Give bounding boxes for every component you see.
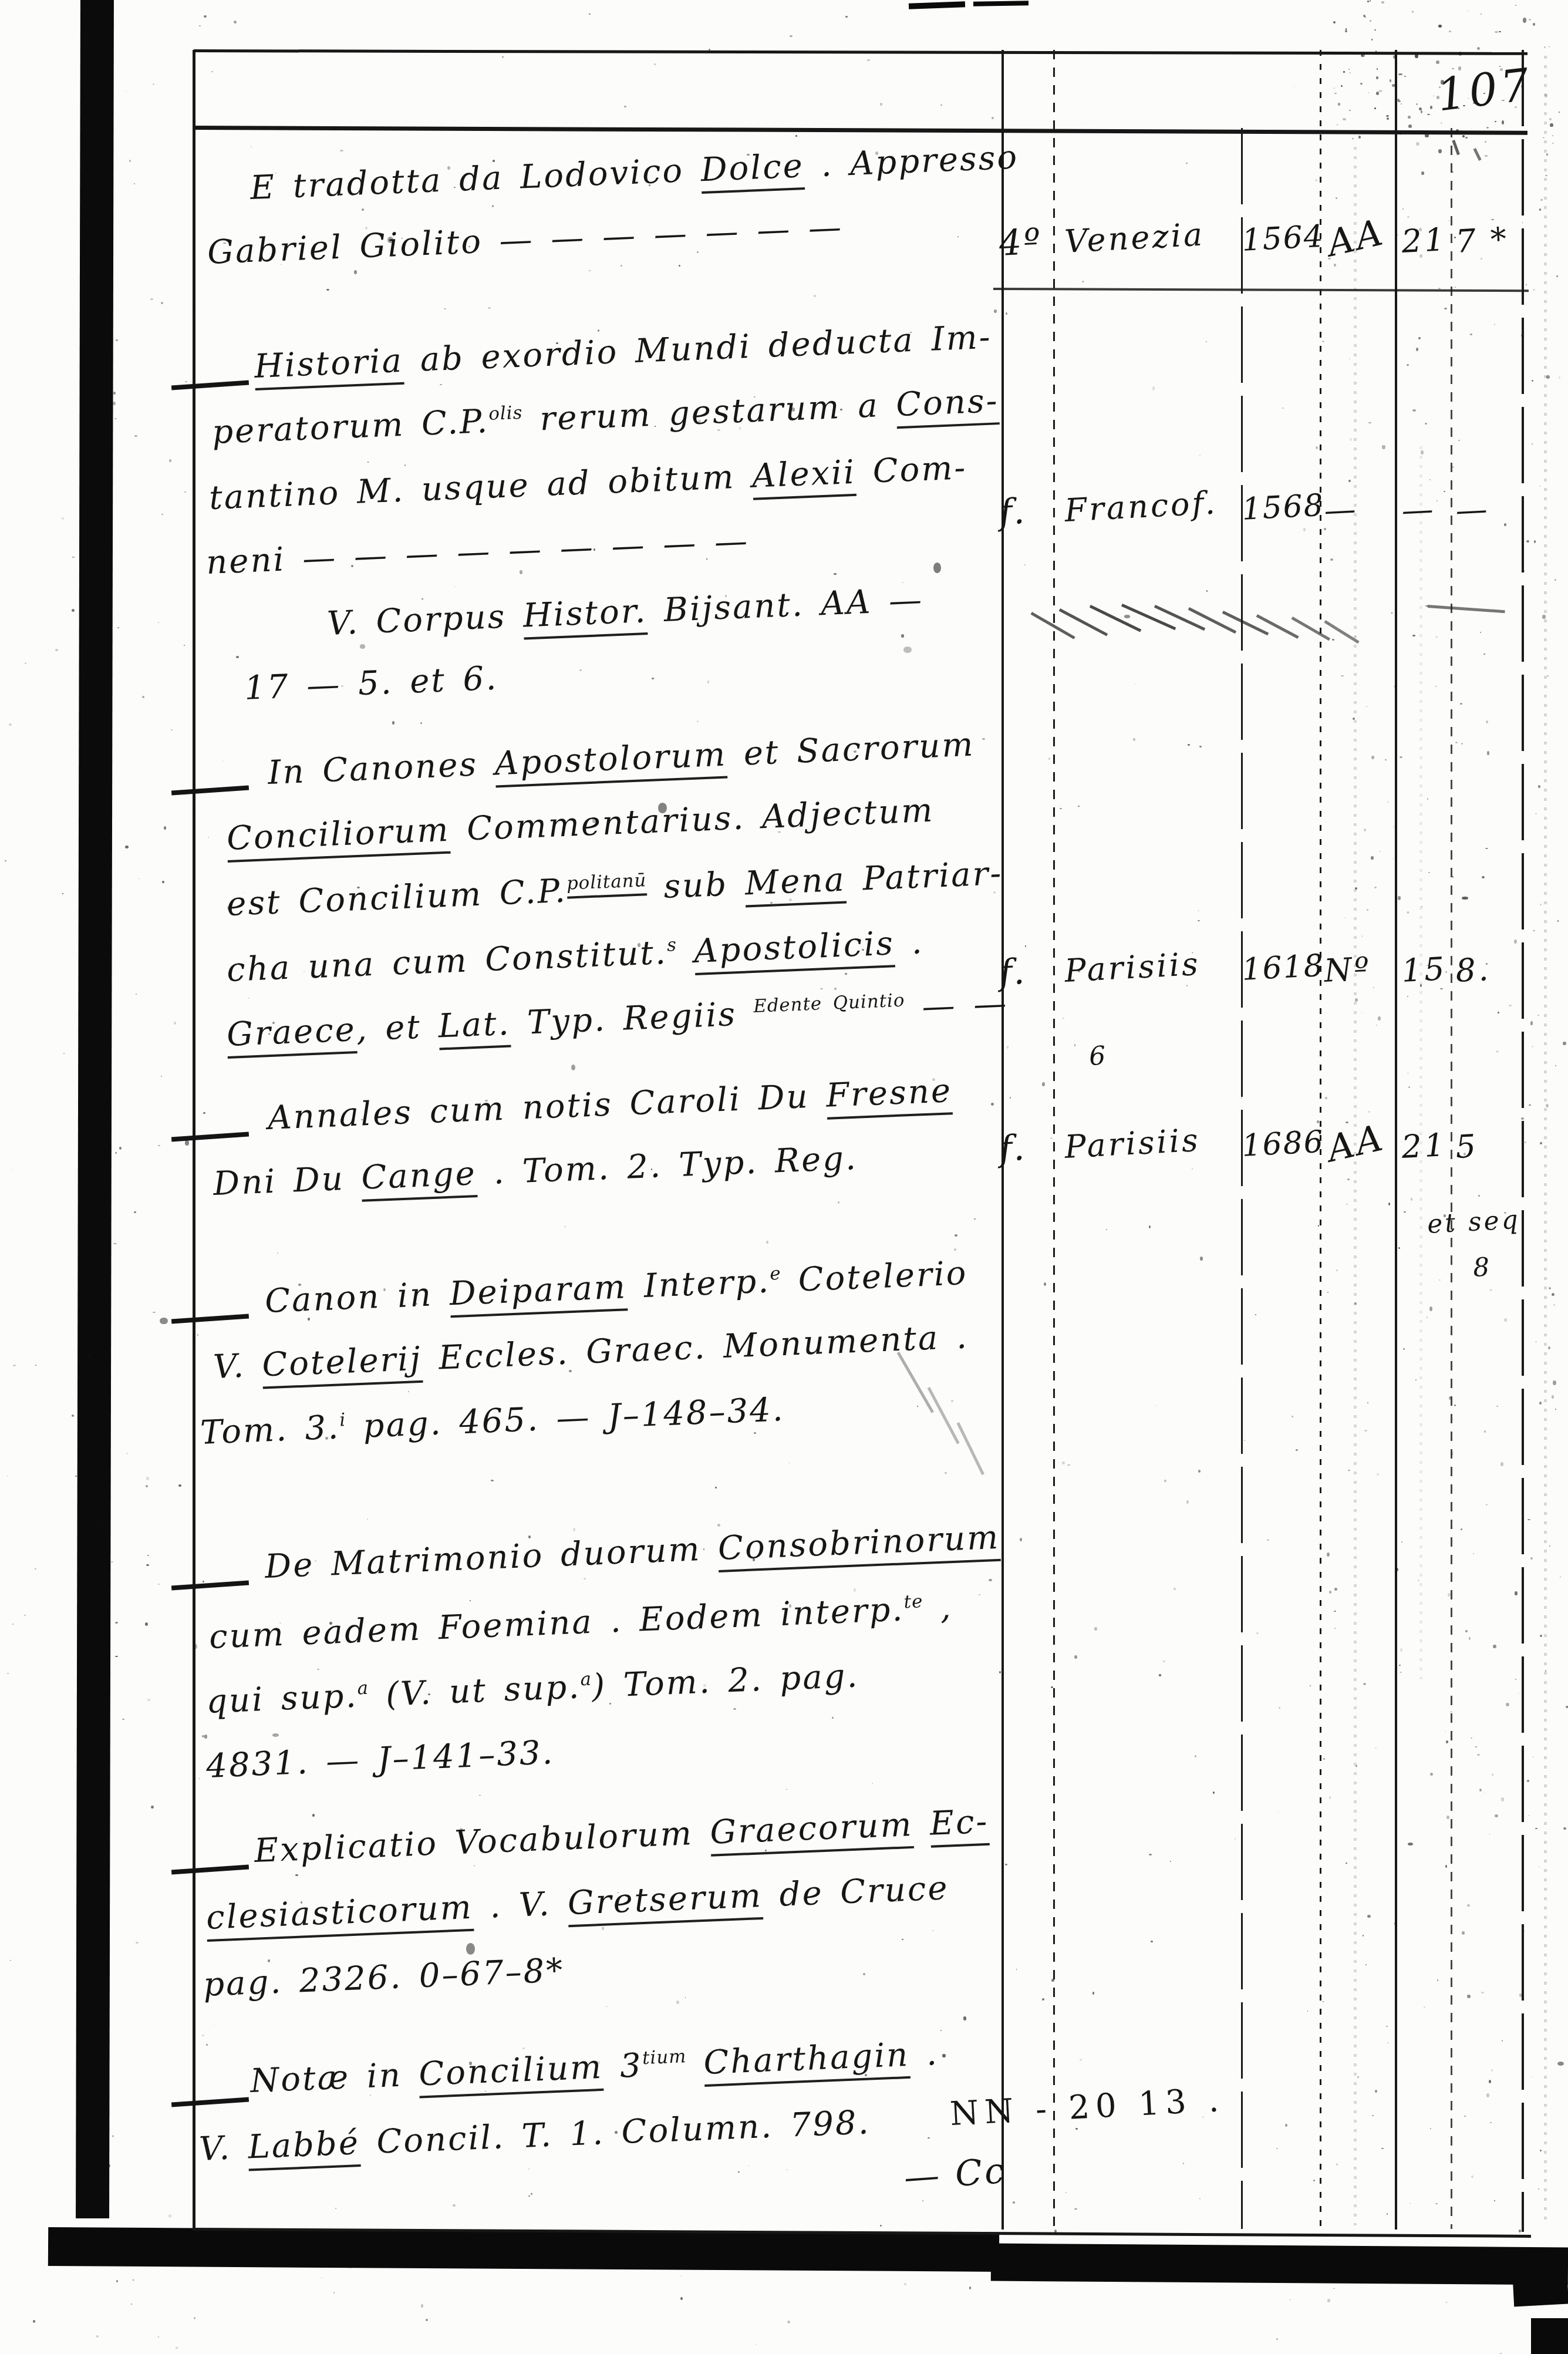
noise-speck (957, 236, 959, 237)
noise-speck (1151, 1941, 1154, 1942)
noise-speck (1554, 579, 1556, 581)
noise-speck (25, 663, 26, 664)
noise-speck (251, 146, 252, 147)
noise-speck (1486, 127, 1489, 129)
noise-speck (1421, 171, 1424, 175)
noise-speck (354, 270, 357, 274)
noise-speck (1501, 1797, 1504, 1801)
col-c6-value: 5 (1455, 1127, 1479, 1166)
noise-speck (1427, 965, 1429, 966)
noise-speck (367, 1518, 368, 1520)
entry-marker-dash (171, 1864, 249, 1874)
noise-speck (1549, 1287, 1551, 1289)
noise-speck (1428, 872, 1430, 873)
noise-speck (1290, 2299, 1291, 2301)
noise-speck (1539, 1402, 1542, 1405)
noise-speck (1327, 2299, 1330, 2302)
noise-speck (1540, 2150, 1542, 2152)
noise-speck (126, 1453, 128, 1455)
noise-speck (35, 1365, 36, 1366)
noise-speck (62, 893, 63, 895)
noise-speck (362, 208, 364, 211)
noise-speck (1371, 39, 1373, 41)
noise-speck (1452, 68, 1454, 69)
noise-speck (834, 988, 836, 990)
noise-speck (455, 586, 456, 587)
noise-speck (1439, 86, 1441, 88)
noise-speck (1415, 54, 1418, 58)
noise-speck (10, 1960, 11, 1961)
noise-speck (1481, 1992, 1483, 1993)
noise-speck (1550, 123, 1553, 127)
noise-speck (1256, 1632, 1259, 1634)
noise-speck (1404, 76, 1406, 77)
noise-speck (1199, 746, 1201, 747)
noise-speck (1164, 1480, 1166, 1482)
noise-speck (994, 309, 996, 313)
col-year-value: 1564 (1241, 219, 1325, 258)
noise-speck (199, 25, 201, 26)
noise-speck (1358, 136, 1361, 139)
noise-speck (1276, 2338, 1278, 2340)
noise-speck (1519, 1993, 1522, 1996)
noise-speck (1051, 1686, 1053, 1688)
noise-speck (589, 14, 591, 15)
noise-speck (298, 1284, 301, 1286)
noise-speck (1352, 138, 1354, 139)
noise-speck (1276, 2148, 1278, 2149)
noise-speck (834, 573, 837, 575)
noise-speck (1368, 1111, 1370, 1113)
noise-speck (588, 270, 591, 272)
entry-line: neni — — — — — — — — — (205, 522, 750, 582)
noise-band (1419, 446, 1422, 1679)
noise-speck (1345, 30, 1348, 32)
noise-speck (1149, 1854, 1152, 1855)
noise-speck (146, 1477, 149, 1480)
noise-speck (1530, 1557, 1533, 1560)
noise-speck (955, 1234, 957, 1237)
noise-speck (1496, 1406, 1498, 1407)
ink-smudge (957, 1422, 984, 1475)
noise-speck (277, 1252, 278, 1254)
noise-speck (1458, 440, 1460, 441)
noise-speck (1509, 1005, 1512, 1006)
noise-speck (1485, 848, 1488, 850)
noise-speck (83, 1247, 86, 1250)
noise-speck (904, 2283, 906, 2285)
noise-speck (295, 1874, 298, 1876)
noise-speck (1005, 1864, 1007, 1865)
noise-speck (13, 1365, 16, 1366)
noise-speck (1412, 409, 1415, 412)
noise-speck (116, 339, 117, 341)
noise-speck (1537, 1015, 1539, 1016)
noise-speck (1515, 1591, 1518, 1595)
noise-speck (1244, 1440, 1246, 1441)
noise-speck (615, 2131, 618, 2134)
noise-speck (638, 943, 640, 947)
noise-speck (1481, 14, 1482, 15)
noise-speck (126, 90, 127, 92)
noise-speck (1518, 1693, 1519, 1694)
noise-speck (969, 2286, 972, 2289)
noise-speck (387, 237, 393, 243)
noise-speck (1365, 1964, 1367, 1965)
noise-speck (1192, 952, 1193, 954)
noise-speck (1160, 513, 1162, 516)
noise-speck (1368, 422, 1371, 424)
noise-speck (367, 462, 369, 463)
noise-speck (1546, 153, 1548, 156)
col-c4-value: — (1323, 490, 1359, 529)
noise-speck (1557, 920, 1559, 921)
noise-speck (1527, 1780, 1529, 1782)
noise-speck (1445, 971, 1447, 973)
noise-speck (903, 646, 912, 654)
noise-speck (602, 1927, 605, 1930)
noise-speck (470, 1600, 471, 1601)
noise-speck (1416, 142, 1419, 146)
entry-line: peratorum C.P.olis rerum gestarum a Cons… (211, 382, 1000, 452)
noise-speck (1458, 66, 1461, 70)
noise-speck (108, 2164, 110, 2167)
entry-line: V. Corpus Histor. Bijsant. AA — (326, 581, 924, 643)
noise-speck (185, 381, 188, 383)
noise-speck (150, 298, 153, 300)
noise-speck (1188, 744, 1190, 745)
noise-speck (1446, 1816, 1449, 1818)
entry-line: cha una cum Constitut.s Apostolicis . (226, 923, 925, 989)
noise-speck (1174, 1588, 1176, 1589)
noise-speck (408, 1391, 409, 1392)
noise-speck (1349, 110, 1351, 111)
noise-speck (1407, 364, 1409, 366)
noise-speck (1465, 1630, 1467, 1633)
noise-speck (1502, 2040, 1503, 2042)
noise-speck (1459, 52, 1462, 56)
noise-speck (676, 2001, 679, 2004)
noise-speck (115, 1622, 118, 1624)
noise-speck (1159, 1674, 1161, 1676)
noise-speck (880, 103, 882, 106)
noise-speck (1367, 1, 1368, 2)
noise-speck (1455, 287, 1456, 288)
noise-speck (1387, 2042, 1388, 2043)
noise-speck (1170, 1861, 1171, 1862)
noise-speck (321, 2278, 322, 2279)
noise-speck (1430, 2128, 1431, 2129)
noise-speck (1375, 50, 1377, 53)
noise-speck (989, 1579, 992, 1581)
noise-speck (1083, 281, 1084, 282)
noise-speck (1429, 1306, 1432, 1311)
noise-speck (1495, 1814, 1498, 1818)
ink-smudge (1222, 611, 1269, 635)
noise-speck (1315, 179, 1317, 181)
noise-speck (1364, 16, 1366, 18)
noise-speck (1392, 858, 1394, 859)
entry-line: V. Cotelerij Eccles. Graec. Monumenta . (213, 1318, 969, 1386)
catchword: — Cc (903, 2150, 1008, 2198)
noise-speck (421, 598, 423, 600)
noise-speck (1401, 1541, 1402, 1543)
noise-speck (531, 2193, 532, 2195)
noise-speck (63, 1053, 65, 1054)
noise-speck (1444, 491, 1445, 493)
noise-speck (370, 2094, 371, 2096)
noise-speck (606, 2006, 607, 2007)
noise-speck (139, 878, 140, 880)
noise-speck (1363, 1683, 1366, 1685)
noise-speck (1547, 675, 1549, 676)
noise-speck (1404, 1211, 1405, 1213)
ink-smudge (897, 1352, 934, 1413)
noise-speck (1391, 612, 1392, 614)
noise-speck (1542, 615, 1545, 618)
noise-speck (1325, 1097, 1328, 1099)
noise-speck (1471, 1737, 1472, 1739)
noise-speck (748, 2166, 750, 2167)
noise-speck (1467, 11, 1468, 12)
noise-speck (1381, 2148, 1384, 2149)
noise-speck (528, 2168, 530, 2170)
noise-speck (1557, 2062, 1564, 2066)
noise-speck (571, 1065, 575, 1070)
noise-speck (142, 696, 145, 698)
noise-speck (1202, 2116, 1204, 2117)
noise-speck (1523, 1931, 1525, 1932)
noise-speck (1545, 94, 1547, 97)
noise-speck (1494, 2200, 1495, 2201)
noise-speck (227, 905, 232, 910)
noise-speck (88, 1354, 91, 1357)
noise-speck (1357, 2076, 1358, 2077)
noise-speck (1356, 1628, 1357, 1629)
entry-line: Explicatio Vocabulorum Graecorum Ec- (254, 1803, 989, 1870)
noise-speck (1533, 289, 1535, 291)
ink-smudge (928, 1387, 960, 1444)
noise-speck (1065, 2192, 1067, 2193)
noise-speck (1353, 248, 1355, 250)
noise-speck (1333, 2288, 1335, 2289)
noise-speck (1444, 308, 1447, 309)
noise-speck (1526, 540, 1529, 543)
noise-speck (304, 971, 305, 972)
noise-speck (1514, 939, 1517, 944)
noise-speck (1477, 1754, 1480, 1756)
noise-speck (1282, 408, 1284, 409)
entry-line: 4831. — J–141–33. (205, 1733, 555, 1786)
noise-speck (492, 205, 494, 207)
noise-speck (147, 1699, 150, 1701)
noise-speck (95, 2049, 97, 2052)
noise-speck (222, 760, 224, 762)
noise-speck (131, 2304, 132, 2305)
noise-speck (1341, 675, 1344, 677)
noise-speck (1481, 258, 1482, 260)
noise-speck (1024, 564, 1026, 565)
noise-speck (137, 2255, 139, 2257)
noise-speck (479, 1795, 480, 1796)
noise-speck (1094, 1627, 1097, 1630)
noise-speck (1435, 2203, 1437, 2204)
noise-speck (1544, 46, 1546, 48)
noise-speck (1355, 1765, 1357, 1767)
noise-speck (789, 1462, 790, 1463)
col-format-value: f. (998, 1127, 1028, 1170)
noise-speck (1361, 935, 1363, 937)
noise-speck (1370, 0, 1371, 2)
noise-speck (1186, 985, 1188, 986)
noise-speck (1370, 20, 1372, 22)
entry-line: qui sup.a (V. ut sup.a) Tom. 2. pag. (205, 1656, 859, 1721)
noise-speck (1560, 1576, 1561, 1578)
noise-speck (202, 2035, 204, 2036)
noise-speck (1430, 106, 1432, 109)
noise-speck (272, 1022, 275, 1024)
noise-speck (1563, 1042, 1566, 1045)
noise-speck (1334, 87, 1335, 89)
noise-speck (1411, 1198, 1413, 1201)
noise-speck (573, 1528, 576, 1532)
noise-speck (1473, 102, 1475, 105)
noise-speck (1292, 1416, 1293, 1417)
noise-speck (326, 289, 329, 291)
noise-speck (790, 35, 793, 38)
noise-speck (1375, 2090, 1377, 2093)
noise-speck (1470, 334, 1472, 335)
noise-speck (725, 595, 727, 597)
noise-speck (1206, 590, 1208, 592)
entry-line: De Matrimonio duorum Consobrinorum (264, 1518, 1000, 1586)
noise-speck (1206, 341, 1207, 342)
noise-speck (474, 1865, 475, 1867)
noise-speck (792, 408, 795, 412)
noise-speck (1183, 2163, 1184, 2164)
volume-note: et seq (1427, 1205, 1521, 1240)
noise-speck (24, 1615, 26, 1616)
noise-speck (597, 2061, 600, 2065)
noise-speck (789, 898, 792, 901)
noise-speck (1062, 1461, 1065, 1464)
noise-speck (161, 302, 164, 304)
noise-speck (315, 1560, 316, 1562)
noise-speck (1408, 1843, 1413, 1846)
noise-speck (1323, 1758, 1324, 1760)
noise-speck (917, 1406, 918, 1407)
noise-speck (122, 1719, 124, 1720)
noise-speck (1552, 1293, 1554, 1296)
noise-speck (715, 1487, 717, 1488)
noise-speck (738, 2171, 740, 2173)
noise-speck (910, 332, 912, 333)
noise-speck (814, 295, 816, 297)
noise-speck (1461, 1528, 1462, 1530)
noise-speck (178, 1484, 181, 1487)
noise-speck (1504, 1212, 1506, 1214)
noise-speck (1412, 11, 1414, 13)
noise-speck (569, 1370, 572, 1372)
page-number: 107 (1434, 58, 1536, 121)
noise-speck (106, 228, 107, 230)
col-c5-value: 21 (1401, 221, 1448, 260)
noise-speck (1338, 103, 1340, 106)
noise-speck (624, 106, 626, 107)
noise-speck (114, 418, 117, 419)
noise-speck (805, 1005, 807, 1007)
noise-speck (1418, 337, 1421, 339)
noise-speck (194, 2317, 195, 2319)
row-rule (993, 288, 1529, 292)
entry-marker-dash (171, 785, 249, 795)
noise-speck (707, 681, 710, 683)
noise-speck (1408, 116, 1410, 119)
noise-speck (786, 1789, 787, 1790)
noise-speck (1313, 2180, 1315, 2181)
noise-speck (1546, 1104, 1549, 1107)
noise-speck (1539, 486, 1540, 487)
noise-speck (795, 135, 797, 137)
noise-speck (1528, 1815, 1530, 1817)
noise-speck (1293, 86, 1294, 87)
noise-speck (1354, 1302, 1357, 1304)
noise-speck (214, 2025, 215, 2026)
noise-speck (1522, 772, 1523, 773)
noise-speck (211, 71, 213, 72)
noise-speck (1393, 55, 1397, 59)
noise-speck (1450, 1711, 1452, 1713)
noise-speck (1532, 1046, 1533, 1048)
noise-speck (134, 1211, 137, 1213)
noise-speck (136, 994, 137, 995)
noise-speck (1368, 92, 1369, 93)
noise-speck (1376, 1025, 1377, 1026)
noise-speck (1552, 135, 1553, 136)
noise-speck (1387, 2213, 1388, 2215)
noise-speck (1436, 60, 1439, 64)
noise-speck (133, 2279, 134, 2281)
noise-speck (1454, 237, 1456, 238)
noise-speck (349, 2265, 352, 2268)
noise-speck (1025, 945, 1026, 947)
noise-speck (1483, 654, 1485, 655)
noise-speck (96, 2335, 99, 2338)
noise-speck (198, 51, 199, 52)
noise-speck (360, 644, 365, 649)
noise-speck (1349, 72, 1351, 74)
noise-speck (1350, 438, 1352, 441)
noise-speck (1444, 1214, 1446, 1217)
noise-speck (204, 1735, 207, 1739)
noise-speck (685, 1997, 686, 1998)
entry-line: Conciliorum Commentarius. Adjectum (226, 792, 935, 858)
noise-speck (697, 720, 699, 722)
noise-speck (392, 721, 395, 725)
noise-speck (1287, 975, 1289, 976)
binding-bar (76, 0, 114, 2218)
noise-speck (1310, 1685, 1311, 1686)
noise-speck (1486, 2093, 1489, 2097)
noise-speck (1378, 1016, 1381, 1021)
noise-speck (1529, 19, 1531, 21)
noise-speck (658, 803, 667, 813)
shelfmark-annotation: NN - 20 13 . (949, 2081, 1226, 2133)
entry-line: tantino M. usque ad obitum Alexii Com- (208, 449, 967, 517)
noise-speck (880, 2225, 882, 2227)
noise-speck (199, 1778, 200, 1779)
noise-speck (1555, 1065, 1556, 1066)
